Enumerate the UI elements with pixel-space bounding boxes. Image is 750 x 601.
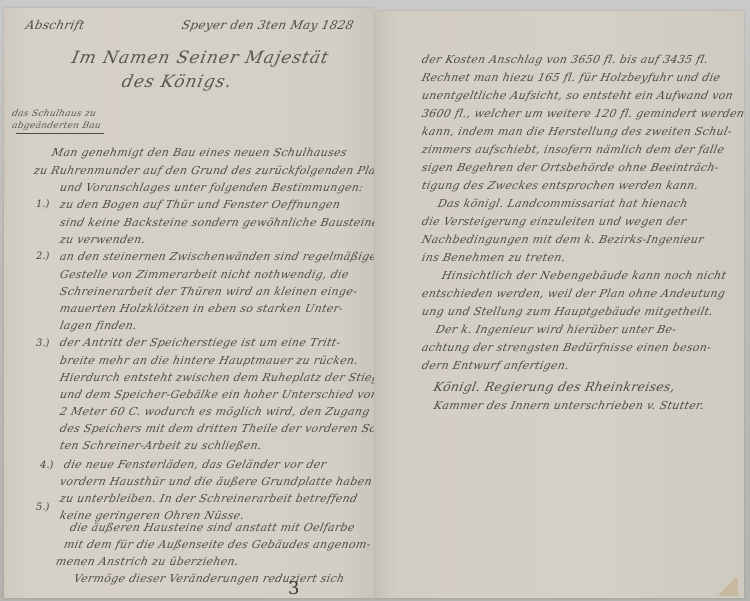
body-line: Man genehmigt den Bau eines neuen Schulh… (51, 146, 349, 159)
body-line: Rechnet man hiezu 165 fl. für Holzbeyfuh… (421, 71, 722, 84)
body-line: die neue Fensterläden, das Geländer vor … (63, 458, 328, 471)
body-line: die Versteigerung einzuleiten und wegen … (421, 215, 688, 228)
body-line: an den steinernen Zwischenwänden sind re… (59, 250, 378, 263)
signature-authority: Königl. Regierung des Rheinkreises, (432, 379, 676, 394)
item-number: 5.) (36, 502, 49, 513)
body-line: sind keine Backsteine sondern gewöhnlich… (59, 216, 380, 229)
body-line: Hinsichtlich der Nebengebäude kann noch … (441, 269, 728, 282)
body-line: und dem Speicher-Gebälke ein hoher Unter… (59, 388, 380, 401)
body-line: achtung der strengsten Bedürfnisse einen… (421, 341, 713, 354)
body-line: Das königl. Landcommissariat hat hienach (437, 197, 690, 210)
item-number: 1.) (36, 199, 49, 210)
body-line: ung und Stellung zum Hauptgebäude mitget… (421, 305, 715, 318)
body-line: sigen Begehren der Ortsbehörde ohne Beei… (421, 161, 721, 174)
margin-note-abschrift: Abschrift (25, 18, 86, 32)
body-line: zu unterbleiben. In der Schreinerarbeit … (59, 492, 359, 505)
left-page: Abschrift Speyer den 3ten May 1828 Im Na… (4, 8, 376, 598)
body-line: Der k. Ingenieur wird hierüber unter Be- (435, 323, 678, 336)
body-line: Schreinerarbeit der Thüren wird an klein… (59, 285, 359, 298)
body-line: zu Ruhrenmunder auf den Grund des zurück… (33, 164, 398, 177)
body-line: entschieden werden, weil der Plan ohne A… (421, 287, 727, 300)
heading-line-2: des Königs. (120, 72, 234, 92)
item-number: 2.) (36, 251, 49, 262)
body-line: des Speichers mit dem dritten Theile der… (59, 422, 407, 435)
body-line: zu den Bogen auf Thür und Fenster Oeffnu… (59, 198, 342, 211)
page-mark: 3 (288, 578, 299, 599)
body-line: ten Schreiner-Arbeit zu schließen. (59, 439, 264, 452)
heading-line-1: Im Namen Seiner Majestät (70, 48, 331, 68)
margin-subject-rule (16, 133, 104, 134)
body-line: die äußeren Hausteine sind anstatt mit O… (69, 521, 356, 534)
body-line: unentgeltliche Aufsicht, so entsteht ein… (421, 89, 735, 102)
item-number: 4.) (40, 460, 53, 471)
body-line: Vermöge dieser Veränderungen reduziert s… (73, 572, 346, 585)
item-number: 3.) (36, 338, 49, 349)
right-page: der Kosten Anschlag von 3650 fl. bis auf… (376, 11, 744, 598)
body-line: der Antritt der Speicherstiege ist um ei… (59, 336, 342, 349)
body-line: 3600 fl., welcher um weitere 120 fl. gem… (421, 107, 746, 120)
body-line: kann, indem man die Herstellung des zwei… (421, 125, 734, 138)
body-line: zimmers aufschiebt, insofern nämlich dem… (421, 143, 726, 156)
body-line: menen Anstrich zu überziehen. (55, 555, 240, 568)
body-line: der Kosten Anschlag von 3650 fl. bis auf… (421, 53, 710, 66)
body-line: mauerten Holzklötzen in eben so starken … (59, 302, 345, 315)
body-line: Nachbedingungen mit dem k. Bezirks-Ingen… (421, 233, 706, 246)
body-line: 2 Meter 60 C. wodurch es möglich wird, d… (59, 405, 371, 418)
body-line: ins Benehmen zu treten. (421, 251, 567, 264)
body-line: mit dem für die Außenseite des Gebäudes … (63, 538, 372, 551)
margin-subject-line-1: das Schulhaus zu (11, 109, 97, 119)
place-date: Speyer den 3ten May 1828 (181, 18, 356, 32)
torn-corner (716, 578, 738, 596)
margin-subject-line-2: abgeänderten Bau (11, 121, 102, 131)
body-line: Hierdurch entsteht zwischen dem Ruheplat… (59, 371, 388, 384)
body-line: breite mehr an die hintere Hauptmauer zu… (59, 354, 360, 367)
body-line: lagen finden. (59, 319, 139, 332)
signature-chamber: Kammer des Innern unterschrieben v. Stut… (433, 399, 706, 412)
body-line: zu verwenden. (59, 233, 147, 246)
body-line: dern Entwurf anfertigen. (421, 359, 571, 372)
body-line: vordern Hausthür und die äußere Grundpla… (59, 475, 374, 488)
body-line: und Voranschlages unter folgenden Bestim… (59, 181, 365, 194)
body-line: tigung des Zweckes entsprochen werden ka… (421, 179, 700, 192)
body-line: Gestelle von Zimmerarbeit nicht nothwend… (59, 268, 350, 281)
